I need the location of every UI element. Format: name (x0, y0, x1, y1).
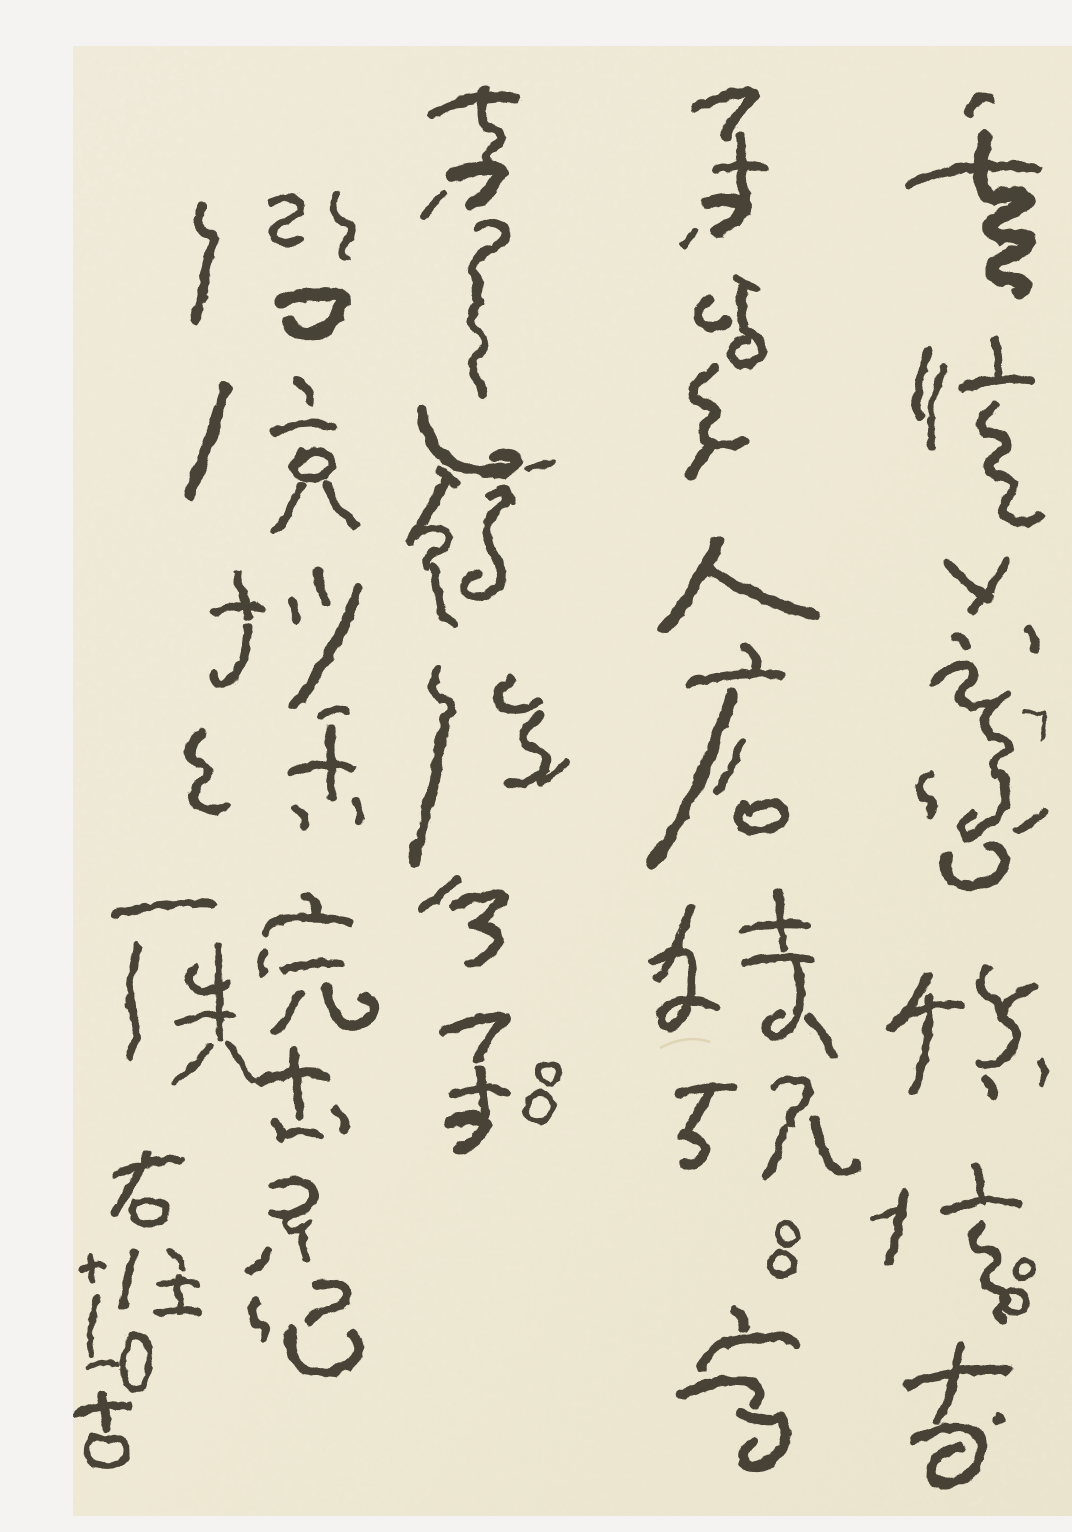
calligraphy-photo: Cursive-script Chinese calligraphy on cr… (40, 16, 1072, 1516)
calligraphy-artwork: Cursive-script Chinese calligraphy on cr… (40, 16, 1072, 1516)
ink-speck (991, 1410, 1003, 1422)
